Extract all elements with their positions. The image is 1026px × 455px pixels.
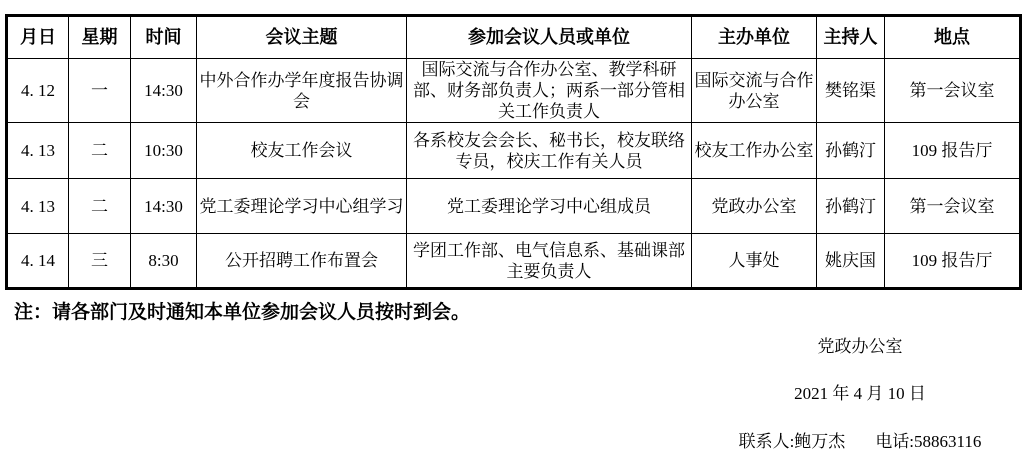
cell-time: 10:30 (131, 123, 197, 179)
cell-location: 第一会议室 (885, 179, 1021, 234)
cell-location: 109 报告厅 (885, 234, 1021, 289)
cell-time: 14:30 (131, 179, 197, 234)
table-row: 4. 13二10:30校友工作会议各系校友会会长、秘书长，校友联络专员，校庆工作… (7, 123, 1021, 179)
cell-location: 109 报告厅 (885, 123, 1021, 179)
column-header-organizer: 主办单位 (692, 16, 817, 59)
cell-organizer: 校友工作办公室 (692, 123, 817, 179)
cell-organizer: 人事处 (692, 234, 817, 289)
cell-location: 第一会议室 (885, 59, 1021, 123)
cell-participants: 党工委理论学习中心组成员 (407, 179, 692, 234)
cell-participants: 学团工作部、电气信息系、基础课部主要负责人 (407, 234, 692, 289)
column-header-subject: 会议主题 (197, 16, 407, 59)
cell-date: 4. 13 (7, 179, 69, 234)
cell-subject: 党工委理论学习中心组学习 (197, 179, 407, 234)
cell-date: 4. 12 (7, 59, 69, 123)
column-header-weekday: 星期 (69, 16, 131, 59)
cell-weekday: 二 (69, 123, 131, 179)
note-text: 注：请各部门及时通知本单位参加会议人员按时到会。 (14, 297, 470, 324)
cell-organizer: 国际交流与合作办公室 (692, 59, 817, 123)
column-header-host: 主持人 (817, 16, 885, 59)
cell-time: 14:30 (131, 59, 197, 123)
cell-time: 8:30 (131, 234, 197, 289)
cell-weekday: 三 (69, 234, 131, 289)
column-header-participants: 参加会议人员或单位 (407, 16, 692, 59)
cell-subject: 校友工作会议 (197, 123, 407, 179)
signature-date: 2021 年 4 月 10 日 (660, 379, 1026, 404)
cell-date: 4. 13 (7, 123, 69, 179)
cell-host: 樊铭渠 (817, 59, 885, 123)
column-header-location: 地点 (885, 16, 1021, 59)
table-header-row: 月日星期时间会议主题参加会议人员或单位主办单位主持人地点 (7, 16, 1021, 59)
cell-host: 孙鹤汀 (817, 179, 885, 234)
cell-participants: 各系校友会会长、秘书长，校友联络专员，校庆工作有关人员 (407, 123, 692, 179)
cell-host: 姚庆国 (817, 234, 885, 289)
table-row: 4. 12一14:30中外合作办学年度报告协调会国际交流与合作办公室、教学科研部… (7, 59, 1021, 123)
meeting-schedule-page: 月日星期时间会议主题参加会议人员或单位主办单位主持人地点 4. 12一14:30… (0, 0, 1026, 455)
cell-participants: 国际交流与合作办公室、教学科研部、财务部负责人；两系一部分管相关工作负责人 (407, 59, 692, 123)
signature-department: 党政办公室 (660, 332, 1026, 357)
table-row: 4. 13二14:30党工委理论学习中心组学习党工委理论学习中心组成员党政办公室… (7, 179, 1021, 234)
cell-date: 4. 14 (7, 234, 69, 289)
cell-weekday: 一 (69, 59, 131, 123)
contact-phone: 电话:58863116 (875, 432, 981, 451)
table-body: 4. 12一14:30中外合作办学年度报告协调会国际交流与合作办公室、教学科研部… (7, 59, 1021, 289)
cell-organizer: 党政办公室 (692, 179, 817, 234)
signature-contact-line: 联系人:鲍万杰电话:58863116 (660, 427, 1026, 452)
table-row: 4. 14三8:30公开招聘工作布置会学团工作部、电气信息系、基础课部主要负责人… (7, 234, 1021, 289)
cell-subject: 公开招聘工作布置会 (197, 234, 407, 289)
contact-person: 联系人:鲍万杰 (739, 432, 846, 451)
cell-subject: 中外合作办学年度报告协调会 (197, 59, 407, 123)
cell-host: 孙鹤汀 (817, 123, 885, 179)
meeting-schedule-table: 月日星期时间会议主题参加会议人员或单位主办单位主持人地点 4. 12一14:30… (5, 14, 1022, 290)
column-header-date: 月日 (7, 16, 69, 59)
cell-weekday: 二 (69, 179, 131, 234)
column-header-time: 时间 (131, 16, 197, 59)
